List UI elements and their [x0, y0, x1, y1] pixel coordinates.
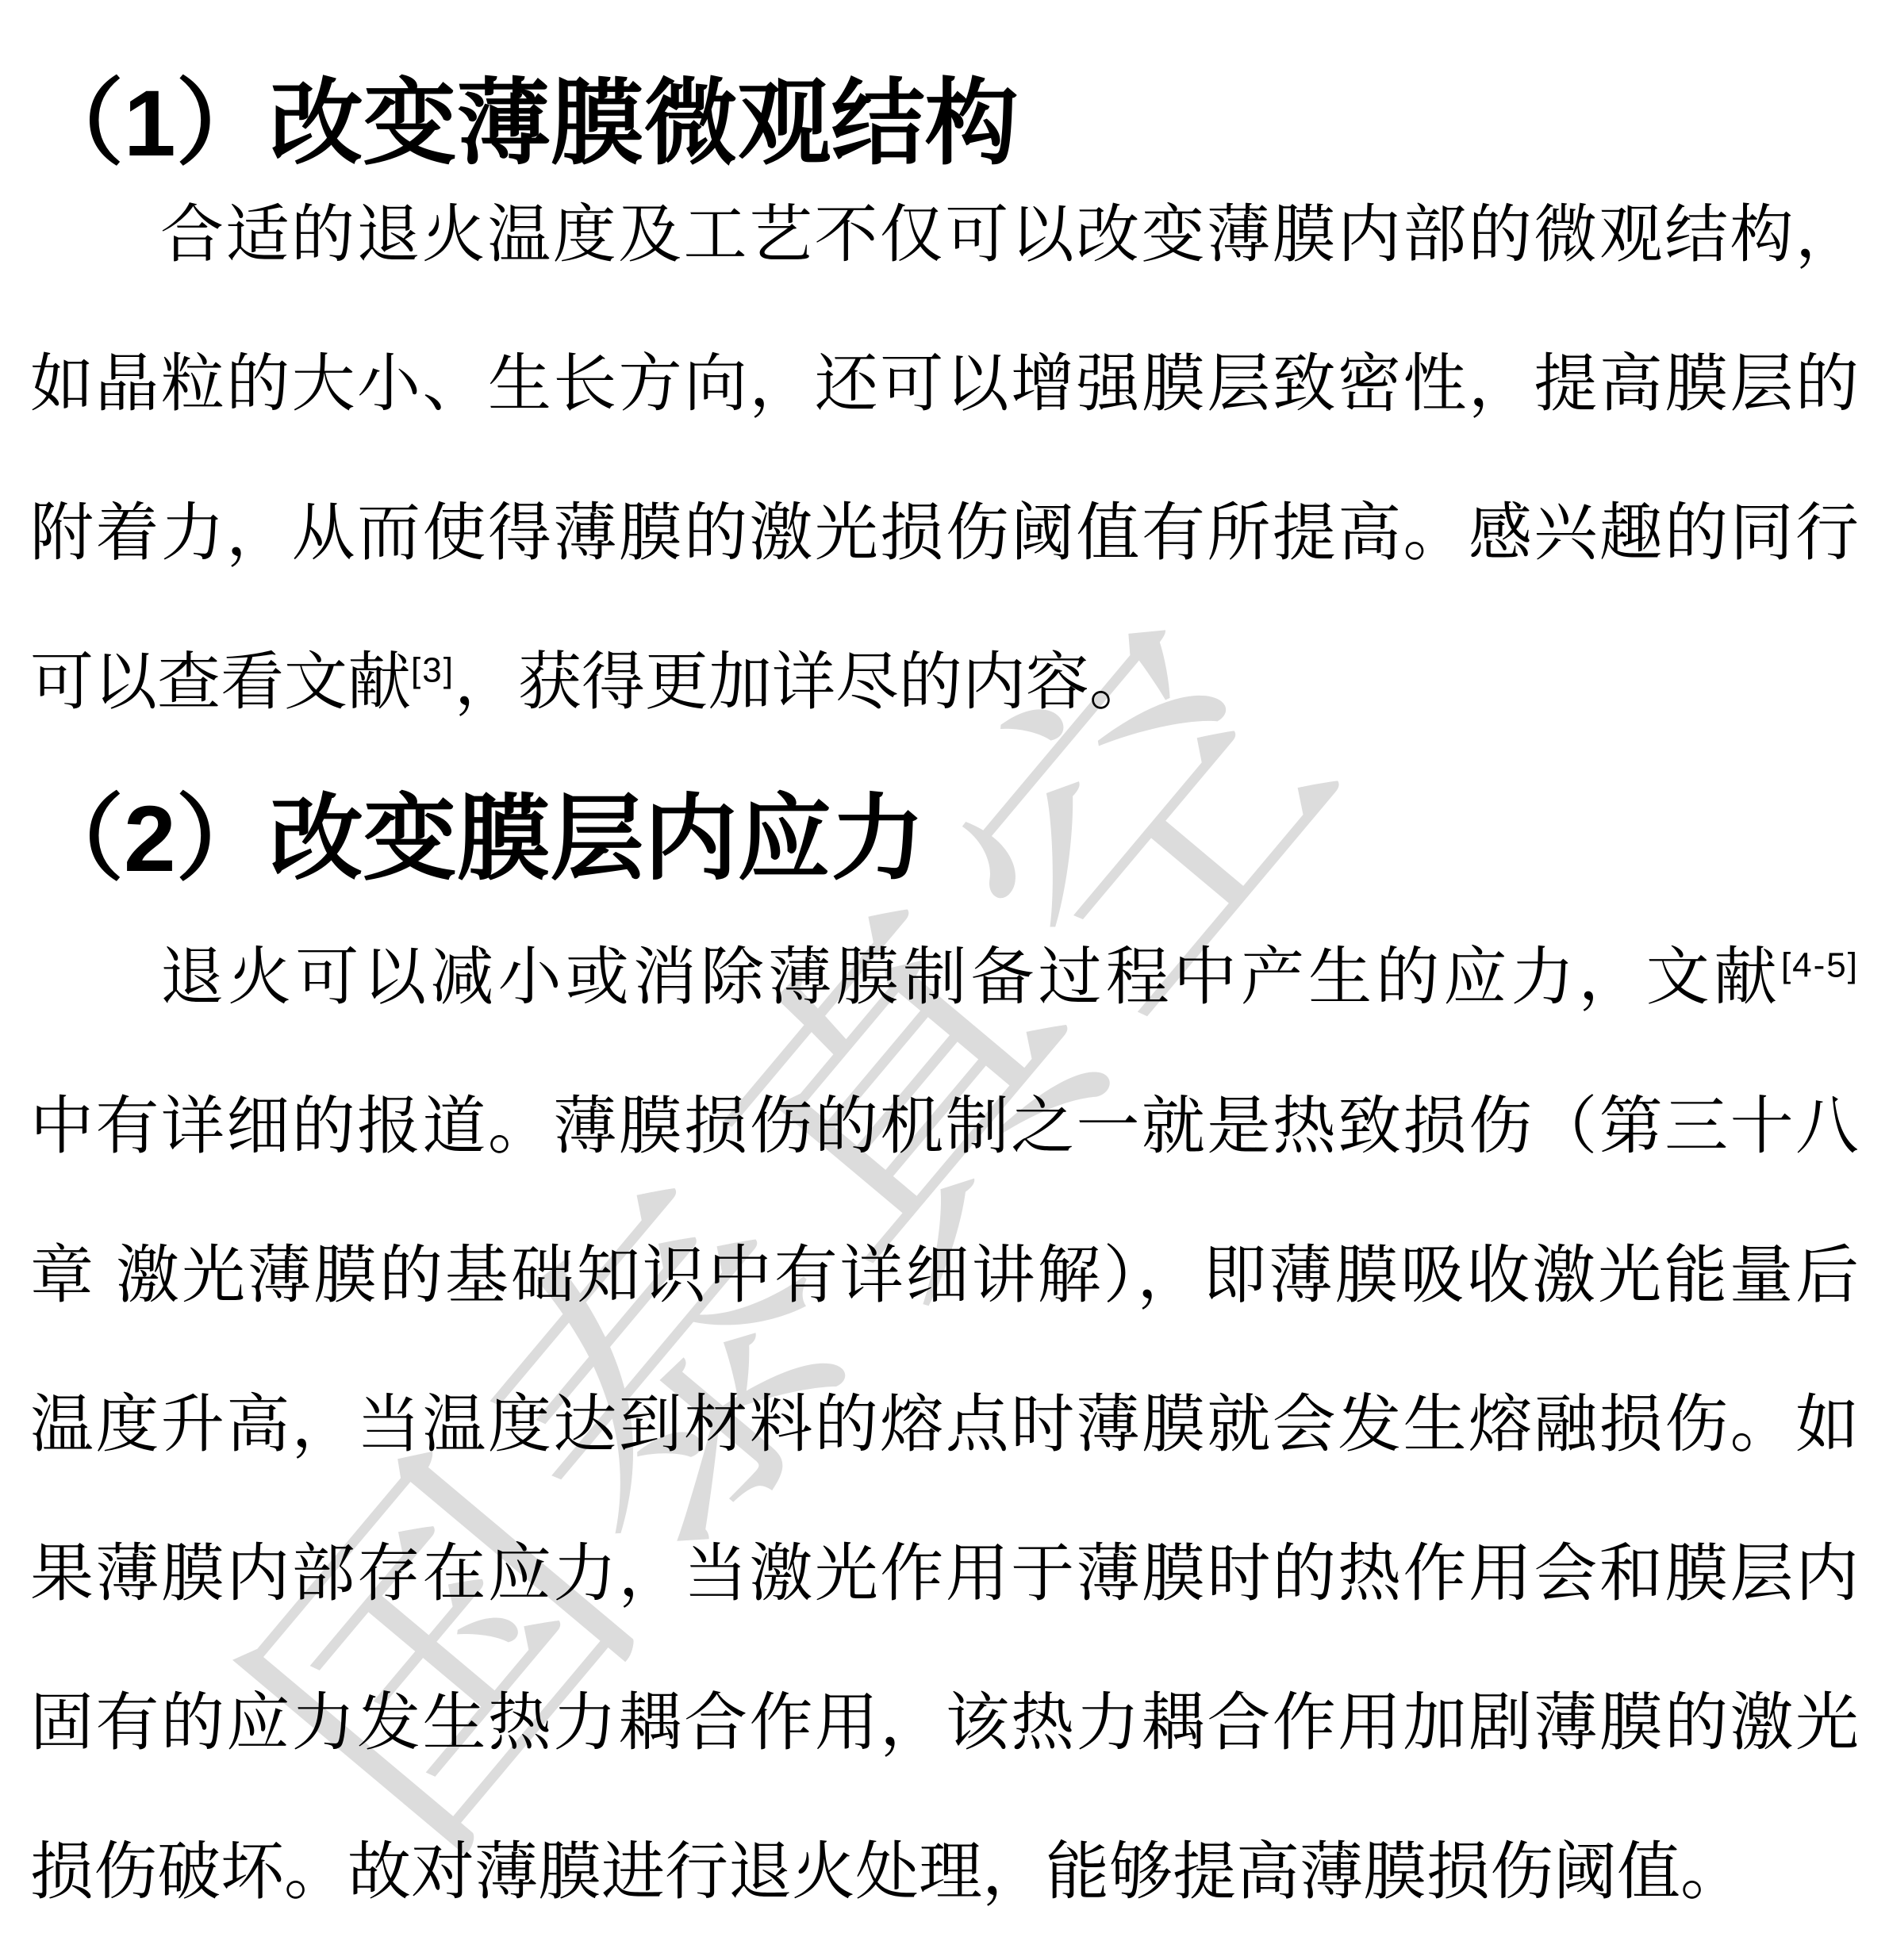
citation-superscript: [3] — [411, 650, 455, 689]
section-2-heading: （2）改变膜层内应力 — [30, 790, 1859, 888]
paragraph-line: 中有详细的报道。薄膜损伤的机制之一就是热致损伤（第三十八 — [30, 1091, 1859, 1161]
paragraph-line: 可以查看文献[3]，获得更加详尽的内容。 — [30, 647, 1859, 717]
paragraph-line: 章 激光薄膜的基础知识中有详细讲解），即薄膜吸收激光能量后 — [30, 1241, 1859, 1310]
paragraph-line: 温度升高，当温度达到材料的熔点时薄膜就会发生熔融损伤。如 — [30, 1390, 1859, 1459]
paragraph-line: 附着力，从而使得薄膜的激光损伤阈值有所提高。感兴趣的同行 — [30, 498, 1859, 568]
paragraph-line: 果薄膜内部存在应力，当激光作用于薄膜时的热作用会和膜层内 — [30, 1539, 1859, 1609]
paragraph-line: 固有的应力发生热力耦合作用，该热力耦合作用加剧薄膜的激光 — [30, 1688, 1859, 1758]
section-1-heading: （1）改变薄膜微观结构 — [30, 75, 1859, 173]
paragraph-line: 如晶粒的大小、生长方向，还可以增强膜层致密性，提高膜层的 — [30, 349, 1859, 419]
line-text: 退火可以减小或消除薄膜制备过程中产生的应力，文献 — [160, 942, 1781, 1012]
line-text: 可以查看文献 — [30, 646, 411, 717]
line-text: ，获得更加详尽的内容。 — [455, 646, 1153, 717]
paragraph-line: 退火可以减小或消除薄膜制备过程中产生的应力，文献[4-5] — [30, 942, 1859, 1012]
citation-superscript: [4-5] — [1781, 945, 1859, 984]
paragraph-line: 合适的退火温度及工艺不仅可以改变薄膜内部的微观结构， — [30, 200, 1859, 270]
paragraph-line: 损伤破坏。故对薄膜进行退火处理，能够提高薄膜损伤阈值。 — [30, 1837, 1859, 1907]
document-page: 国泰真空 （1）改变薄膜微观结构 合适的退火温度及工艺不仅可以改变薄膜内部的微观… — [0, 0, 1889, 1960]
